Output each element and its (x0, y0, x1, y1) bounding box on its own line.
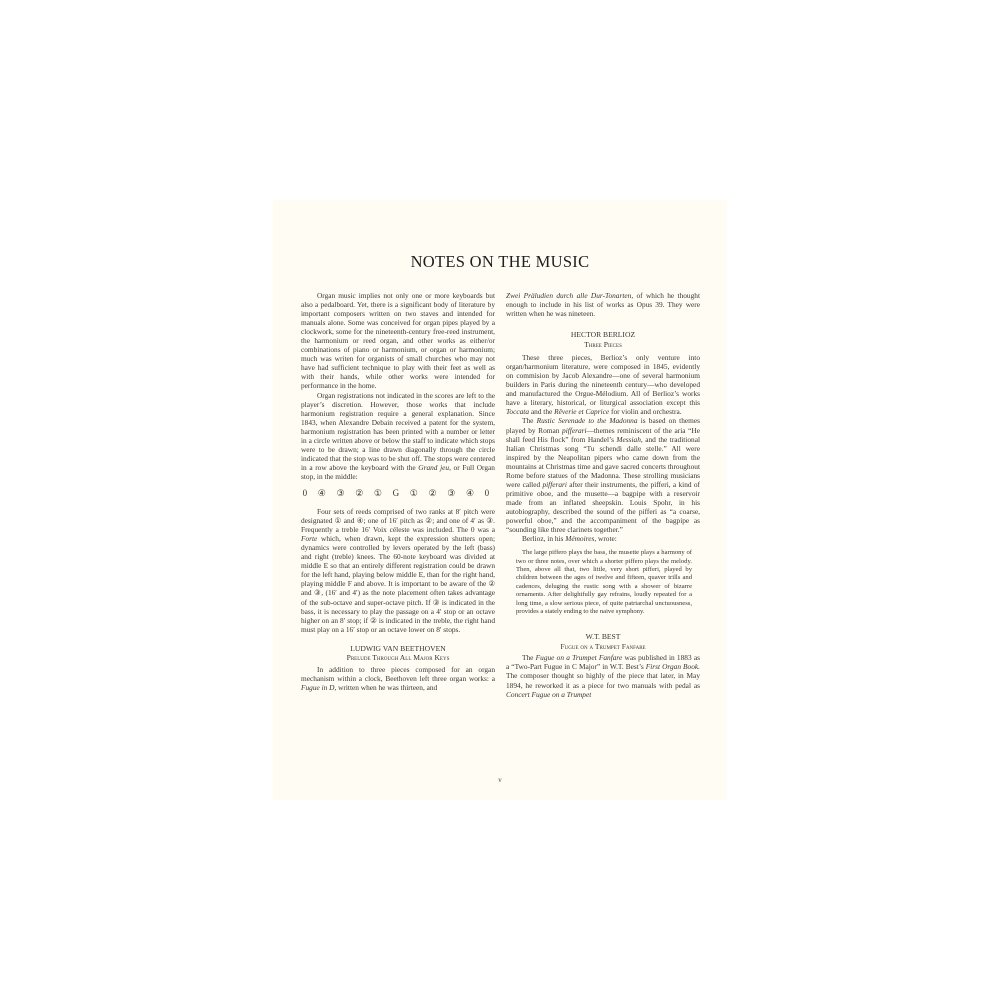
harmonium-stops-row: 0 ④ ③ ② ① G ① ② ③ ④ 0 (301, 489, 495, 498)
section-subheading-berlioz: Three Pieces (506, 340, 700, 350)
paragraph-reeds: Four sets of reeds comprised of two rank… (301, 507, 495, 634)
paragraph-beethoven-cont: Zwei Präludien durch alle Dur-Tonarten, … (506, 291, 700, 318)
section-subheading-beethoven: Prelude Through All Major Keys (301, 653, 495, 663)
page-title: NOTES ON THE MUSIC (273, 252, 727, 272)
section-heading-best: W.T. BEST (506, 632, 700, 642)
paragraph-berlioz: These three pieces, Berlioz’s only ventu… (506, 353, 700, 416)
paragraph-beethoven: In addition to three pieces composed for… (301, 665, 495, 692)
left-column: Organ music implies not only one or more… (301, 291, 495, 692)
paragraph-best: The Fugue on a Trumpet Fanfare was publi… (506, 653, 700, 698)
right-column: Zwei Präludien durch alle Dur-Tonarten, … (506, 291, 700, 699)
paragraph-memoires: Berlioz, in his Mémoires, wrote: (506, 534, 700, 543)
paragraph-rustic-serenade: The Rustic Serenade to the Madonna is ba… (506, 416, 700, 534)
document-page: NOTES ON THE MUSIC Organ music implies n… (273, 200, 727, 800)
block-quote: The large piffero plays the bass, the mu… (516, 549, 692, 616)
section-heading-beethoven: LUDWIG VAN BEETHOVEN (301, 644, 495, 654)
paragraph-registrations: Organ registrations not indicated in the… (301, 391, 495, 481)
page-number: v (273, 776, 727, 784)
section-heading-berlioz: HECTOR BERLIOZ (506, 330, 700, 340)
paragraph-intro: Organ music implies not only one or more… (301, 291, 495, 391)
section-subheading-best: Fugue on a Trumpet Fanfare (506, 642, 700, 652)
